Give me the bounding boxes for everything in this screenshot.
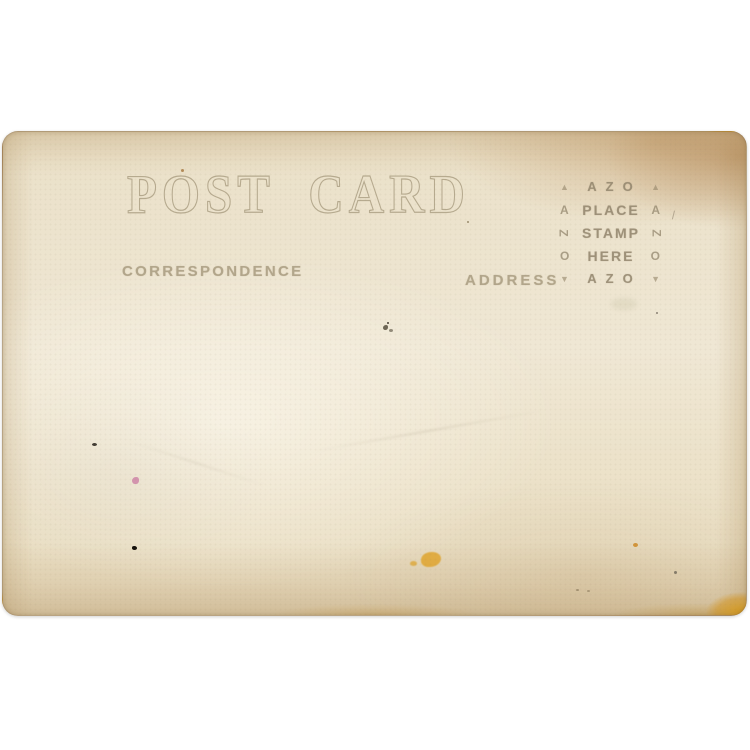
- stamp-box-line-here: HERE: [569, 249, 650, 263]
- triangle-up-icon: ▲: [651, 180, 660, 194]
- stamp-box-place-row: A PLACE A: [557, 203, 663, 217]
- pink-fleck: [132, 477, 139, 484]
- azo-side-letter: A: [651, 203, 660, 217]
- faint-smudge: [611, 298, 637, 310]
- ink-blot: [389, 329, 393, 332]
- triangle-down-icon: ▼: [560, 272, 569, 286]
- crease-streak: [124, 439, 267, 487]
- black-speck: [92, 443, 97, 446]
- orange-speck: [633, 543, 638, 547]
- triangle-down-icon: ▼: [651, 272, 660, 286]
- stamp-box-here-row: O HERE O: [557, 249, 663, 263]
- gray-speck: [674, 571, 677, 574]
- azo-side-letter: O: [651, 249, 660, 263]
- azo-side-letter: A: [560, 203, 569, 217]
- postcard-back: POST CARD CORRESPONDENCE ADDRESS ▲ AZO ▲…: [2, 131, 747, 616]
- ink-blot: [387, 322, 389, 324]
- azo-side-letter: O: [560, 249, 569, 263]
- azo-letters-top: AZO: [569, 180, 651, 194]
- stamp-box-line-stamp: STAMP: [567, 226, 652, 240]
- pencil-smudge: [668, 210, 675, 220]
- gray-speck: [656, 312, 658, 314]
- yellow-stain-small: [410, 561, 417, 566]
- azo-side-letter: Z: [557, 229, 571, 236]
- stamp-box: ▲ AZO ▲ A PLACE A Z STAMP Z O HERE O ▼ A: [557, 178, 663, 290]
- crease-streak: [310, 409, 547, 453]
- post-card-heading: POST CARD: [127, 162, 470, 226]
- ink-blot: [383, 325, 388, 330]
- correspondence-label: CORRESPONDENCE: [122, 263, 303, 280]
- stamp-box-stamp-row: Z STAMP Z: [557, 226, 663, 240]
- address-label: ADDRESS: [465, 272, 559, 289]
- stamp-box-bottom-row: ▼ AZO ▼: [557, 272, 663, 286]
- azo-side-letter: Z: [649, 229, 663, 236]
- triangle-up-icon: ▲: [560, 180, 569, 194]
- stamp-box-line-place: PLACE: [569, 203, 652, 217]
- yellow-stain: [421, 552, 441, 567]
- brown-speck: [587, 590, 590, 592]
- azo-letters-bottom: AZO: [569, 272, 651, 286]
- black-speck: [132, 546, 137, 550]
- scan-background: POST CARD CORRESPONDENCE ADDRESS ▲ AZO ▲…: [0, 0, 750, 750]
- stamp-box-top-row: ▲ AZO ▲: [557, 180, 663, 194]
- brown-speck: [576, 589, 579, 591]
